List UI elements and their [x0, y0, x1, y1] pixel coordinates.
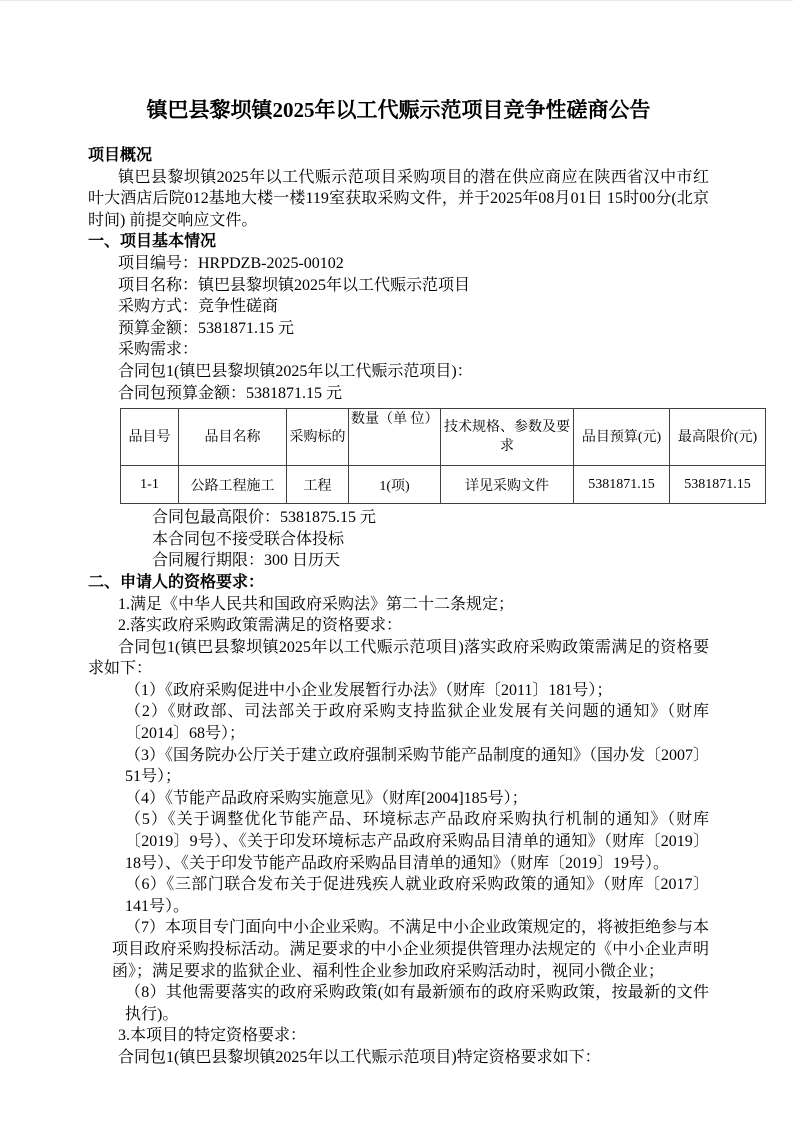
page-title: 镇巴县黎坝镇2025年以工代赈示范项目竞争性磋商公告 — [88, 96, 709, 125]
field-contract-package: 合同包1(镇巴县黎坝镇2025年以工代赈示范项目)： — [118, 361, 709, 383]
policy-item-8: （8）其他需要落实的政府采购政策(如有最新颁布的政府采购政策，按最新的文件执行)… — [125, 982, 709, 1025]
cell-quantity-unit: 1(项) — [349, 466, 441, 504]
qualification-item-2: 2.落实政府采购政策需满足的资格要求： — [118, 615, 709, 637]
specific-qualification-intro: 合同包1(镇巴县黎坝镇2025年以工代赈示范项目)特定资格要求如下： — [118, 1047, 709, 1069]
policy-item-2: （2）《财政部、司法部关于政府采购支持监狱企业发展有关问题的通知》（财库〔201… — [125, 701, 709, 744]
section1-heading: 一、项目基本情况 — [88, 231, 709, 253]
cell-tech-specs: 详见采购文件 — [441, 466, 574, 504]
col-header-item-name: 品目名称 — [179, 409, 287, 466]
col-header-item-no: 品目号 — [121, 409, 179, 466]
table-row: 1-1 公路工程施工 工程 1(项) 详见采购文件 5381871.15 538… — [121, 466, 766, 504]
policy-item-1: （1）《政府采购促进中小企业发展暂行办法》（财库〔2011〕181号）； — [125, 680, 709, 702]
table-header-row: 品目号 品目名称 采购标的 数量（单 位） 技术规格、参数及要求 品目预算(元)… — [121, 409, 766, 466]
field-project-number: 项目编号：HRPDZB-2025-00102 — [118, 253, 709, 275]
overview-heading: 项目概况 — [88, 145, 709, 167]
field-procurement-demand: 采购需求： — [118, 339, 709, 361]
cell-item-name: 公路工程施工 — [179, 466, 287, 504]
col-header-tech-specs: 技术规格、参数及要求 — [441, 409, 574, 466]
col-header-procurement-object: 采购标的 — [287, 409, 349, 466]
no-consortium-note: 本合同包不接受联合体投标 — [152, 529, 709, 551]
policy-item-3: （3）《国务院办公厅关于建立政府强制采购节能产品制度的通知》（国办发〔2007〕… — [125, 745, 709, 788]
qualification-item-3: 3.本项目的特定资格要求： — [118, 1025, 709, 1047]
field-project-name: 项目名称：镇巴县黎坝镇2025年以工代赈示范项目 — [118, 275, 709, 297]
section2-heading: 二、申请人的资格要求： — [88, 572, 709, 594]
contract-package-max-price: 合同包最高限价：5381875.15 元 — [152, 507, 709, 529]
col-header-max-price: 最高限价(元) — [670, 409, 766, 466]
field-budget-amount: 预算金额：5381871.15 元 — [118, 318, 709, 340]
field-procurement-method: 采购方式：竞争性磋商 — [118, 296, 709, 318]
cell-procurement-object: 工程 — [287, 466, 349, 504]
policy-item-4: （4）《节能产品政府采购实施意见》（财库[2004]185号）； — [125, 788, 709, 810]
col-header-item-budget: 品目预算(元) — [574, 409, 670, 466]
policy-item-7: （7）本项目专门面向中小企业采购。不满足中小企业政策规定的，将被拒绝参与本项目政… — [112, 917, 709, 982]
policy-item-5: （5）《关于调整优化节能产品、环境标志产品政府采购执行机制的通知》（财库〔201… — [125, 809, 709, 874]
policy-item-6: （6）《三部门联合发布关于促进残疾人就业政府采购政策的通知》（财库〔2017〕1… — [125, 874, 709, 917]
cell-item-no: 1-1 — [121, 466, 179, 504]
field-contract-package-budget: 合同包预算金额：5381871.15 元 — [118, 383, 709, 405]
document-page: 镇巴县黎坝镇2025年以工代赈示范项目竞争性磋商公告 项目概况 镇巴县黎坝镇20… — [0, 1, 793, 1069]
overview-paragraph: 镇巴县黎坝镇2025年以工代赈示范项目采购项目的潜在供应商应在陕西省汉中市红叶大… — [88, 167, 709, 232]
policy-requirements-intro: 合同包1(镇巴县黎坝镇2025年以工代赈示范项目)落实政府采购政策需满足的资格要… — [88, 637, 709, 680]
col-header-quantity-unit: 数量（单 位） — [349, 409, 441, 466]
qualification-item-1: 1.满足《中华人民共和国政府采购法》第二十二条规定； — [118, 594, 709, 616]
cell-max-price: 5381871.15 — [670, 466, 766, 504]
cell-item-budget: 5381871.15 — [574, 466, 670, 504]
procurement-items-table: 品目号 品目名称 采购标的 数量（单 位） 技术规格、参数及要求 品目预算(元)… — [120, 408, 766, 504]
contract-duration: 合同履行期限：300 日历天 — [152, 550, 709, 572]
